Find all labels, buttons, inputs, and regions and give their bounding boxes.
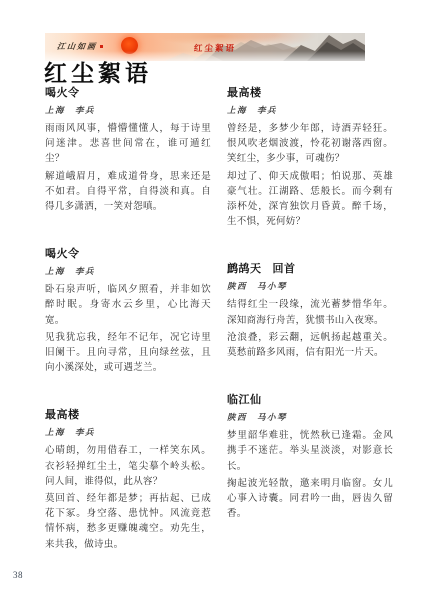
poem-stanza: 雨雨风风事，懵懵懂懂人，每于诗里问迷津。悲喜世间常在，谁可遁红尘？ — [45, 122, 211, 168]
document-page: 江山如画 红尘絮语 红尘絮语 喝火令 上海 李兵 雨雨风风事，懵懵懂懂人，每于诗… — [0, 0, 428, 600]
page-number: 38 — [13, 570, 23, 580]
poem-subtitle: 回首 — [273, 263, 296, 275]
poem-block: 鹧鸪天回首 陕西 马小琴 结得红尘一段缘，流光蓄梦惜华年。深知商海行舟苦，犹惯书… — [227, 262, 393, 361]
poem-author: 上海 李兵 — [45, 265, 211, 277]
poem-block: 临江仙 陕西 马小琴 梦里韶华难驻，恍然秋已逢霜。金风携手不迷茫。举头星淡淡，对… — [227, 393, 393, 522]
poem-author: 陕西 马小琴 — [227, 411, 393, 423]
poem-columns: 喝火令 上海 李兵 雨雨风风事，懵懵懂懂人，每于诗里问迷津。悲喜世间常在，谁可遁… — [45, 86, 393, 553]
poem-stanza: 解道峨眉月，难成道骨身，思来还是不如君。自得平常，自得淡和真。自得几多潇洒，一笑… — [45, 170, 211, 216]
poem-stanza: 梦里韶华难驻，恍然秋已逢霜。金风携手不迷茫。举头星淡淡，对影意长长。 — [227, 429, 393, 475]
poem-stanza: 卧石泉声听，临风夕照看，并非如饮醉时眠。身寄水云乡里，心比海天宽。 — [45, 283, 211, 329]
poem-title: 喝火令 — [45, 87, 80, 99]
poem-block: 最高楼 上海 李兵 曾经是，多梦少年郎，诗酒弄轻狂。恨风吹老烟波渡，怜花初谢落西… — [227, 86, 393, 230]
poem-author: 上海 李兵 — [227, 104, 393, 116]
poem-stanza: 心晴朗，勿用借春工，一样笑东风。衣衫轻掸红尘土，笔尖摹个岭头松。问人间，谁得似，… — [45, 444, 211, 490]
right-column: 最高楼 上海 李兵 曾经是，多梦少年郎，诗酒弄轻狂。恨风吹老烟波渡，怜花初谢落西… — [227, 86, 393, 553]
banner-section-title: 红尘絮语 — [194, 42, 237, 54]
poem-author: 上海 李兵 — [45, 104, 211, 116]
poem-block: 最高楼 上海 李兵 心晴朗，勿用借春工，一样笑东风。衣衫轻掸红尘土，笔尖摹个岭头… — [45, 408, 211, 552]
poem-block: 喝火令 上海 李兵 卧石泉声听，临风夕照看，并非如饮醉时眠。身寄水云乡里，心比海… — [45, 247, 211, 376]
poem-title: 最高楼 — [227, 87, 262, 99]
poem-stanza: 曾经是，多梦少年郎，诗酒弄轻狂。恨风吹老烟波渡，怜花初谢落西窗。笑红尘，多少事，… — [227, 122, 393, 168]
poem-stanza: 结得红尘一段缘，流光蓄梦惜华年。深知商海行舟苦，犹惯书山入夜寒。 — [227, 298, 393, 328]
seal-icon — [100, 45, 103, 48]
poem-author: 陕西 马小琴 — [227, 280, 393, 292]
poem-block: 喝火令 上海 李兵 雨雨风风事，懵懵懂懂人，每于诗里问迷津。悲喜世间常在，谁可遁… — [45, 86, 211, 215]
poem-author: 上海 李兵 — [45, 426, 211, 438]
left-column: 喝火令 上海 李兵 雨雨风风事，懵懵懂懂人，每于诗里问迷津。悲喜世间常在，谁可遁… — [45, 86, 211, 553]
poem-stanza: 却过了、仰天成傲唱；怕说那、英雄豪气壮。江湖路、恁般长。而今剩有添杯处，深宵独饮… — [227, 170, 393, 231]
poem-stanza: 莫回首、经年都是梦；再拈起、已成花下冢。身空落、患忧忡。风流竟惹情怀病，愁多更赚… — [45, 492, 211, 553]
poem-title: 鹧鸪天 — [227, 263, 262, 275]
poem-title: 最高楼 — [45, 409, 80, 421]
poem-stanza: 见我犹忘我，经年不记年，况它诗里旧阑干。且向寻常，且向绿丝弦，且向小溪深处，或可… — [45, 331, 211, 377]
poem-stanza: 掬起波光轻散，邀来明月临窗。女儿心事入诗囊。同君吟一曲，唇齿久留香。 — [227, 477, 393, 523]
poem-stanza: 沧浪叠，彩云翻，远帆扬起越重关。莫愁前路多风雨，信有阳光一片天。 — [227, 331, 393, 361]
poem-title: 临江仙 — [227, 394, 262, 406]
header-banner: 江山如画 红尘絮语 — [45, 33, 365, 61]
sun-icon — [121, 37, 138, 54]
banner-brand-calligraphy: 江山如画 — [56, 41, 97, 52]
poem-title: 喝火令 — [45, 248, 80, 260]
page-title: 红尘絮语 — [44, 59, 152, 87]
